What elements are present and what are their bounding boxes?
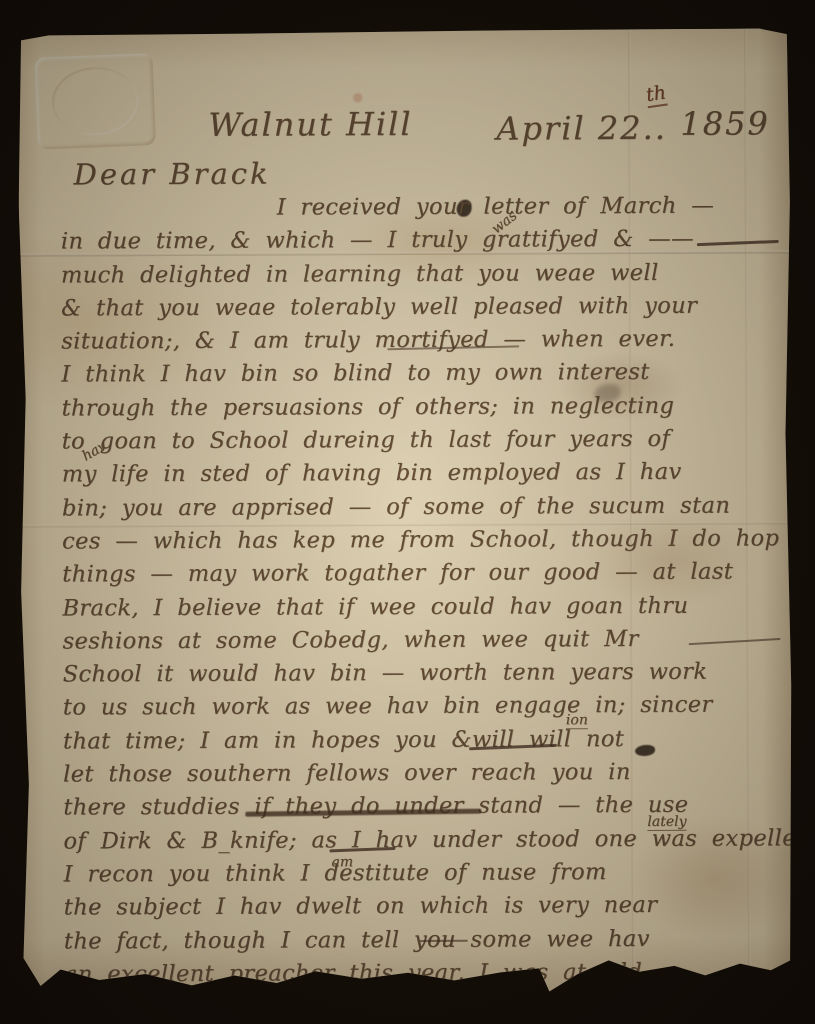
- letter-line: through the persuasions of others; in ne…: [61, 392, 777, 428]
- letter-line: let those southern fellows over reach yo…: [63, 758, 779, 794]
- heading-place: Walnut Hill: [208, 105, 412, 144]
- letter-line: in due time, & which — I truly grattifye…: [61, 226, 777, 262]
- letter-line: I received your letter of March —: [61, 192, 777, 228]
- heading-year: 1859: [680, 104, 770, 142]
- embossed-stationery-stamp-icon: [34, 53, 156, 150]
- letter-line: Brack, I believe that if wee could hav g…: [62, 592, 778, 628]
- letter-line: ces — which has kep me from School, thou…: [62, 525, 778, 561]
- letter-line: bin; you are apprised — of some of the s…: [62, 492, 778, 528]
- heading-date: April 22..: [496, 109, 667, 148]
- scanner-background: Walnut Hill April 22.. th 1859 Dear Brac…: [0, 0, 815, 1024]
- letter-line: & that you weae tolerably well pleased w…: [61, 292, 777, 328]
- letter-line: my life in sted of having bin employed a…: [62, 459, 778, 495]
- inserted-word: ion: [566, 712, 588, 729]
- heading-date-suffix: th: [645, 82, 668, 109]
- letter-line: situation;, & I am truly mortifyed — whe…: [61, 326, 777, 362]
- letter-line: I think I hav bin so blind to my own int…: [61, 359, 777, 395]
- salutation: Dear Brack: [73, 157, 270, 192]
- letter-line: seshions at some Cobedg, when wee quit M…: [63, 625, 779, 661]
- letter-line: School it would hav bin — worth tenn yea…: [63, 659, 779, 695]
- letter-line: I recon you think I destitute of nuse fr…: [64, 858, 780, 894]
- inserted-word: am: [331, 854, 353, 870]
- letter-line: an excellent preacher this year, I was a…: [64, 958, 780, 994]
- letter-line: to us such work as wee hav bin engage in…: [63, 692, 779, 728]
- ink-strikethrough: [420, 940, 468, 942]
- letter-line: the fact, though I can tell you some wee…: [64, 925, 780, 961]
- letter-line: the subject I hav dwelt on which is very…: [64, 892, 780, 928]
- letter-paper: Walnut Hill April 22.. th 1859 Dear Brac…: [18, 28, 794, 996]
- letter-line: things — may work togather for our good …: [62, 559, 778, 595]
- letter-line: that time; I am in hopes you &will will …: [63, 725, 779, 761]
- letter-line: to goan to School dureing th last four y…: [62, 425, 778, 461]
- inserted-word: lately: [647, 814, 686, 831]
- letter-body: I received your letter of March — in due…: [61, 192, 780, 994]
- letter-line: much delighted in learning that you weae…: [61, 259, 777, 295]
